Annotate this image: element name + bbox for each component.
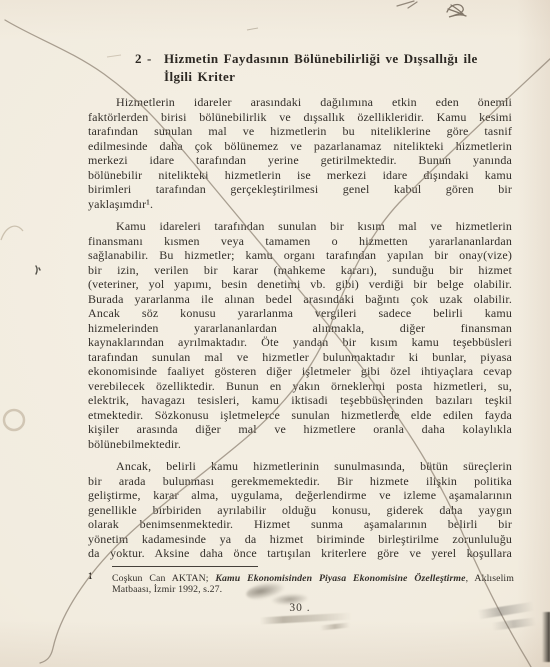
text-line: verebilecek özelliktedir. Bunun en yakın… [88,379,512,394]
text-line: Ancak, belirli kamu hizmetlerinin sunulm… [88,459,512,474]
left-margin-arc-mark [1,226,23,240]
text-line: geliştirme, karar alma, uygulama, değerl… [88,488,512,503]
footnote-separator [112,566,258,567]
paragraph-3: Ancak, belirli kamu hizmetlerinin sunulm… [88,459,512,561]
text-line: ekonomisinde faaliyet gösteren diğer işl… [88,364,512,379]
small-ink-speck [36,266,40,274]
text-line: elektrik, havagazı tesisleri, kamu iktis… [88,393,512,408]
text-line: etmektedir. Sözkonusu işletmelerce sunul… [88,408,512,423]
footnote-text: Coşkun Can AKTAN; Kamu Ekonomisinden Piy… [88,573,514,595]
scanned-document-page: 2 - Hizmetin Faydasının Bölünebilirliği … [0,0,550,667]
text-line: Ancak söz konusu yararlanma vergileri sa… [88,306,512,321]
page-number: 30 . [88,602,512,614]
scan-edge-shadow [542,612,550,662]
text-line: Kamu idareleri tarafından sunulan bir kı… [88,219,512,234]
paragraph-1: Hizmetlerin idareler arasındaki dağılımı… [88,95,512,211]
pencil-smudge [320,622,350,630]
text-line: birimleri tarafından gerçekleştirilmesi … [88,182,512,197]
text-line: genellikle birbiriden ayrılabilir olduğu… [88,503,512,518]
text-line: bölünebilir nitelikteki hizmetlerin ise … [88,168,512,183]
text-line: Burada yararlanma ile alınan bedel arası… [88,292,512,307]
text-line: finansmanı kısmen veya tamamen o hizmett… [88,234,512,249]
text-line: tarafından sunulan mal ve hizmetlerin bu… [88,124,512,139]
text-line: faktörlerden birisi bölünebilirlik ve dı… [88,110,512,125]
footnote-author: Coşkun Can AKTAN; [112,573,215,584]
text-line: Hizmetlerin idareler arasındaki dağılımı… [88,95,512,110]
text-line: sağlanabilir. Bu hizmetler; kamu organı … [88,248,512,263]
text-line: olarak benimsenmektedir. Hizmet sunma aş… [88,517,512,532]
heading-line-1: Hizmetin Faydasının Bölünebilirliği ve D… [164,50,478,68]
pencil-scribble-2-icon [397,1,417,8]
text-line: merkezi idare tarafından yerine getirilm… [88,153,512,168]
text-line: yaklaşımdır¹. [88,197,512,212]
body-text: Hizmetlerin idareler arasındaki dağılımı… [88,95,512,569]
heading-line-2: İlgili Kriter [164,68,478,86]
footnote-book-title: Kamu Ekonomisinden Piyasa Ekonomisine Öz… [215,573,465,584]
hole-punch-ring [4,410,24,430]
text-line: yönetim kadamesinde ya da hizmet birimin… [88,532,512,547]
heading-number: 2 - [135,50,164,85]
footnote: 1 Coşkun Can AKTAN; Kamu Ekonomisinden P… [88,573,514,595]
heading-lines: Hizmetin Faydasının Bölünebilirliği ve D… [164,50,478,85]
paragraph-2: Kamu idareleri tarafından sunulan bir kı… [88,219,512,451]
pencil-smudge [492,617,537,630]
text-line: (veteriner, yol yapımı, besin denetimi v… [88,277,512,292]
pencil-smudge [260,613,352,625]
heading-left-dash [107,55,121,57]
text-line: kaynaklarından ayrılmaktadır. Öte yandan… [88,335,512,350]
footnote-marker: 1 [88,571,93,582]
text-line: bir arada bulunması gerekmemektedir. Bir… [88,474,512,489]
small-dash-mark [247,28,258,30]
pencil-scribble-blob-icon [447,5,466,17]
text-line: da yoktur. Aksine daha önce tartışılan k… [88,546,512,561]
section-heading: 2 - Hizmetin Faydasının Bölünebilirliği … [135,50,478,85]
text-line: bir izin, verilen bir karar (mahkeme kar… [88,263,512,278]
text-line: kişiler arasında diğer mal ve hizmetlere… [88,422,512,437]
text-line: bölünebilmektedir. [88,437,512,452]
text-line: hizmelerinden yararlananlardan alınmakla… [88,321,512,336]
text-line: edilmesinde daha çok bölünemez ve pazarl… [88,139,512,154]
text-line: tarafından sunulan mal ve hizmetler bulu… [88,350,512,365]
